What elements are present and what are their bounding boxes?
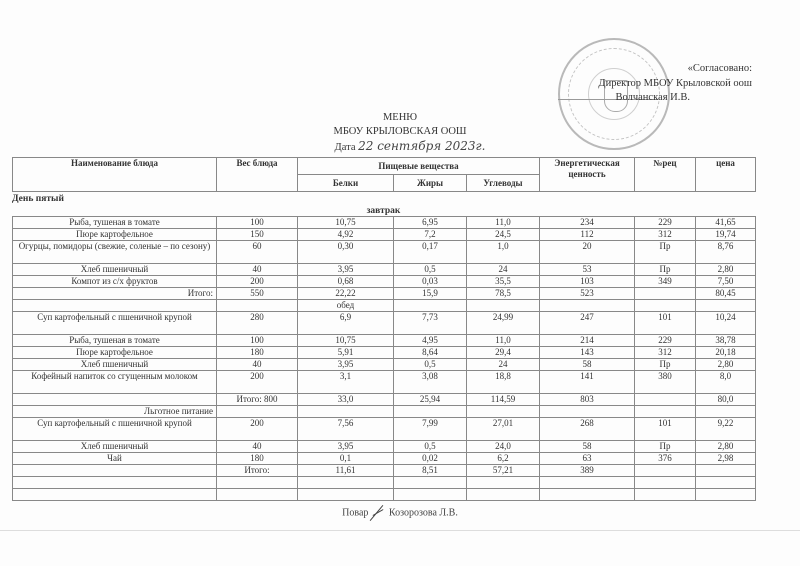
cell-carbs: 6,2	[467, 453, 540, 465]
cell-carbs: 57,21	[467, 465, 540, 477]
cell-energy: 53	[540, 264, 635, 276]
cell-fat	[394, 300, 467, 312]
cell-recipe	[635, 300, 696, 312]
header-carbs: Углеводы	[467, 175, 540, 192]
cook-name: Козорозова Л.В.	[389, 507, 458, 518]
header-weight: Вес блюда	[217, 158, 298, 192]
cell-weight: 40	[217, 359, 298, 371]
table-row: Хлеб пшеничный403,950,524,058Пр2,80	[13, 441, 756, 453]
date-line: Дата 22 сентября 2023г.	[10, 139, 800, 153]
dish-name: Хлеб пшеничный	[13, 441, 217, 453]
divider	[0, 530, 800, 531]
cell-energy: 247	[540, 312, 635, 335]
cell-carbs: 18,8	[467, 371, 540, 394]
cell-weight: 180	[217, 453, 298, 465]
cell-weight: 180	[217, 347, 298, 359]
dish-name: Рыба, тушеная в томате	[13, 217, 217, 229]
cell-price: 7,50	[696, 276, 756, 288]
cell-carbs: 11,0	[467, 335, 540, 347]
dish-name: Хлеб пшеничный	[13, 264, 217, 276]
cell-recipe: Пр	[635, 359, 696, 371]
cell-energy: 234	[540, 217, 635, 229]
dish-name	[13, 300, 217, 312]
cell-protein: 6,9	[298, 312, 394, 335]
cell-protein: 3,95	[298, 441, 394, 453]
cell-price: 2,80	[696, 264, 756, 276]
cell-protein: 7,56	[298, 418, 394, 441]
total-label: Итого:	[13, 288, 217, 300]
cell-recipe	[635, 288, 696, 300]
cell-carbs: 27,01	[467, 418, 540, 441]
cell-carbs: 24,99	[467, 312, 540, 335]
dish-name: Суп картофельный с пшеничной крупой	[13, 418, 217, 441]
empty-cell	[467, 477, 540, 489]
table-row: Компот из с/х фруктов2000,680,0335,51033…	[13, 276, 756, 288]
cell-recipe: Пр	[635, 241, 696, 264]
cell-fat: 7,2	[394, 229, 467, 241]
total-row: Итого: 80033,025,94114,5980380,0	[13, 394, 756, 406]
empty-cell	[298, 489, 394, 501]
empty-cell	[394, 489, 467, 501]
approval-line-3: Волчанская И.В.	[616, 91, 690, 105]
empty-cell	[298, 477, 394, 489]
cell-fat: 0,02	[394, 453, 467, 465]
dish-name: Суп картофельный с пшеничной крупой	[13, 312, 217, 335]
cell-protein: 4,92	[298, 229, 394, 241]
empty-cell	[635, 477, 696, 489]
cell-carbs: 24,5	[467, 229, 540, 241]
header-protein: Белки	[298, 175, 394, 192]
cell-fat: 0,5	[394, 264, 467, 276]
cell-recipe	[635, 406, 696, 418]
cell-fat: 6,95	[394, 217, 467, 229]
cell-price: 80,0	[696, 394, 756, 406]
cell-carbs: 24	[467, 264, 540, 276]
cell-recipe: 349	[635, 276, 696, 288]
table-row: Суп картофельный с пшеничной крупой2007,…	[13, 418, 756, 441]
date-label: Дата	[335, 142, 356, 153]
cell-recipe	[635, 394, 696, 406]
cell-price: 38,78	[696, 335, 756, 347]
cell-carbs: 35,5	[467, 276, 540, 288]
cell-weight: 150	[217, 229, 298, 241]
cell-price: 2,98	[696, 453, 756, 465]
cell-weight: 550	[217, 288, 298, 300]
cell-protein	[298, 406, 394, 418]
table-row: Рыба, тушеная в томате10010,754,9511,021…	[13, 335, 756, 347]
empty-cell	[540, 489, 635, 501]
cell-energy: 58	[540, 441, 635, 453]
cell-carbs: 24,0	[467, 441, 540, 453]
cell-fat	[394, 406, 467, 418]
cell-protein: 0,1	[298, 453, 394, 465]
table-row: Кофейный напиток со сгущенным молоком200…	[13, 371, 756, 394]
cell-weight: 100	[217, 335, 298, 347]
header-nutrients: Пищевые вещества	[298, 158, 540, 175]
cell-carbs	[467, 300, 540, 312]
cell-carbs: 1,0	[467, 241, 540, 264]
cell-weight	[217, 300, 298, 312]
empty-cell	[217, 489, 298, 501]
cell-fat: 0,5	[394, 359, 467, 371]
cell-energy: 268	[540, 418, 635, 441]
cell-protein: 3,95	[298, 264, 394, 276]
header-energy: Энергетическая ценность	[540, 158, 635, 192]
cell-protein: 0,30	[298, 241, 394, 264]
cell-weight: 40	[217, 264, 298, 276]
table-row: Рыба, тушеная в томате10010,756,9511,023…	[13, 217, 756, 229]
cell-fat: 0,17	[394, 241, 467, 264]
dish-name: Компот из с/х фруктов	[13, 276, 217, 288]
header-recipe: №рец	[635, 158, 696, 192]
cell-weight: 40	[217, 441, 298, 453]
dish-name: Пюре картофельное	[13, 347, 217, 359]
cell-recipe: 312	[635, 229, 696, 241]
table-row: Хлеб пшеничный403,950,52453Пр2,80	[13, 264, 756, 276]
cell-protein: 5,91	[298, 347, 394, 359]
section-row: Льготное питание	[13, 406, 756, 418]
cell-protein: 33,0	[298, 394, 394, 406]
cell-fat: 15,9	[394, 288, 467, 300]
breakfast-label: завтрак	[12, 206, 755, 216]
cell-price: 20,18	[696, 347, 756, 359]
cell-weight: 200	[217, 418, 298, 441]
total-row: Итого:55022,2215,978,552380,45	[13, 288, 756, 300]
total-label: Итого:	[217, 465, 298, 477]
cell-energy	[540, 406, 635, 418]
cell-weight	[217, 406, 298, 418]
cell-fat: 0,03	[394, 276, 467, 288]
dish-name: Рыба, тушеная в томате	[13, 335, 217, 347]
dish-name: Чай	[13, 453, 217, 465]
cell-carbs: 114,59	[467, 394, 540, 406]
dish-name: Пюре картофельное	[13, 229, 217, 241]
cell-weight: 200	[217, 276, 298, 288]
cell-protein: 3,1	[298, 371, 394, 394]
table-row: Пюре картофельное1504,927,224,511231219,…	[13, 229, 756, 241]
cell-weight: 60	[217, 241, 298, 264]
cook-role: Повар	[342, 507, 368, 518]
cell-price	[696, 406, 756, 418]
cell-recipe: 229	[635, 217, 696, 229]
table-row: Пюре картофельное1805,918,6429,414331220…	[13, 347, 756, 359]
school-name: МБОУ КРЫЛОВСКАЯ ООШ	[0, 126, 800, 137]
cell-weight: 100	[217, 217, 298, 229]
cell-recipe: 376	[635, 453, 696, 465]
cell-fat: 7,99	[394, 418, 467, 441]
cell-recipe: 229	[635, 335, 696, 347]
table-row: Чай1800,10,026,2633762,98	[13, 453, 756, 465]
cell-protein: 3,95	[298, 359, 394, 371]
cell-price: 41,65	[696, 217, 756, 229]
cell-fat: 25,94	[394, 394, 467, 406]
section-label: Льготное питание	[13, 406, 217, 418]
empty-cell	[13, 477, 217, 489]
cell-carbs	[467, 406, 540, 418]
empty-row	[13, 489, 756, 501]
empty-cell	[467, 489, 540, 501]
cell-price: 10,24	[696, 312, 756, 335]
cell-protein: 11,61	[298, 465, 394, 477]
cell-recipe: 101	[635, 312, 696, 335]
empty-cell	[394, 477, 467, 489]
cell-fat: 0,5	[394, 441, 467, 453]
cell-price: 9,22	[696, 418, 756, 441]
cell-energy: 803	[540, 394, 635, 406]
cell-protein: 10,75	[298, 335, 394, 347]
cell-protein: 10,75	[298, 217, 394, 229]
cell-recipe: 380	[635, 371, 696, 394]
cell-price: 8,0	[696, 371, 756, 394]
cell-energy: 20	[540, 241, 635, 264]
dish-name	[13, 394, 217, 406]
day-label: День пятый	[12, 194, 64, 204]
cell-recipe: Пр	[635, 264, 696, 276]
cell-protein: 22,22	[298, 288, 394, 300]
cell-fat: 3,08	[394, 371, 467, 394]
table-row: Огурцы, помидоры (свежие, соленые – по с…	[13, 241, 756, 264]
section-label: обед	[298, 300, 394, 312]
cook-signature-icon	[368, 506, 386, 520]
cell-energy: 141	[540, 371, 635, 394]
cell-energy: 112	[540, 229, 635, 241]
cell-recipe	[635, 465, 696, 477]
menu-title: МЕНЮ	[0, 112, 800, 123]
cell-weight: 280	[217, 312, 298, 335]
cell-energy	[540, 300, 635, 312]
cell-energy: 523	[540, 288, 635, 300]
cell-fat: 4,95	[394, 335, 467, 347]
empty-row	[13, 477, 756, 489]
cell-carbs: 78,5	[467, 288, 540, 300]
cell-price: 2,80	[696, 359, 756, 371]
cell-fat: 8,64	[394, 347, 467, 359]
empty-cell	[13, 489, 217, 501]
cell-recipe: Пр	[635, 441, 696, 453]
total-row: Итого:11,618,5157,21389	[13, 465, 756, 477]
cell-fat: 8,51	[394, 465, 467, 477]
cell-energy: 103	[540, 276, 635, 288]
header-price: цена	[696, 158, 756, 192]
cell-price: 80,45	[696, 288, 756, 300]
approval-line-1: «Согласовано:	[688, 62, 752, 76]
cell-carbs: 11,0	[467, 217, 540, 229]
dish-name: Огурцы, помидоры (свежие, соленые – по с…	[13, 241, 217, 264]
empty-cell	[696, 489, 756, 501]
total-label: Итого: 800	[217, 394, 298, 406]
empty-cell	[217, 477, 298, 489]
cell-weight: 200	[217, 371, 298, 394]
cell-carbs: 29,4	[467, 347, 540, 359]
cell-energy: 63	[540, 453, 635, 465]
cell-price	[696, 300, 756, 312]
cell-recipe: 312	[635, 347, 696, 359]
header-name: Наименование блюда	[13, 158, 217, 192]
header-fat: Жиры	[394, 175, 467, 192]
cell-energy: 214	[540, 335, 635, 347]
cell-carbs: 24	[467, 359, 540, 371]
table-row: Суп картофельный с пшеничной крупой2806,…	[13, 312, 756, 335]
cell-energy: 389	[540, 465, 635, 477]
cell-price: 8,76	[696, 241, 756, 264]
dish-name: Хлеб пшеничный	[13, 359, 217, 371]
cell-price	[696, 465, 756, 477]
cell-energy: 58	[540, 359, 635, 371]
empty-cell	[635, 489, 696, 501]
cell-energy: 143	[540, 347, 635, 359]
dish-name: Кофейный напиток со сгущенным молоком	[13, 371, 217, 394]
dish-name	[13, 465, 217, 477]
cell-price: 2,80	[696, 441, 756, 453]
cell-fat: 7,73	[394, 312, 467, 335]
table-row: Хлеб пшеничный403,950,52458Пр2,80	[13, 359, 756, 371]
cell-price: 19,74	[696, 229, 756, 241]
empty-cell	[540, 477, 635, 489]
cell-recipe: 101	[635, 418, 696, 441]
footer-signature: Повар Козорозова Л.В.	[0, 506, 800, 520]
empty-cell	[696, 477, 756, 489]
section-row: обед	[13, 300, 756, 312]
approval-line-2: Директор МБОУ Крыловской оош	[598, 77, 752, 91]
date-value: 22 сентября 2023г.	[358, 139, 485, 153]
cell-protein: 0,68	[298, 276, 394, 288]
